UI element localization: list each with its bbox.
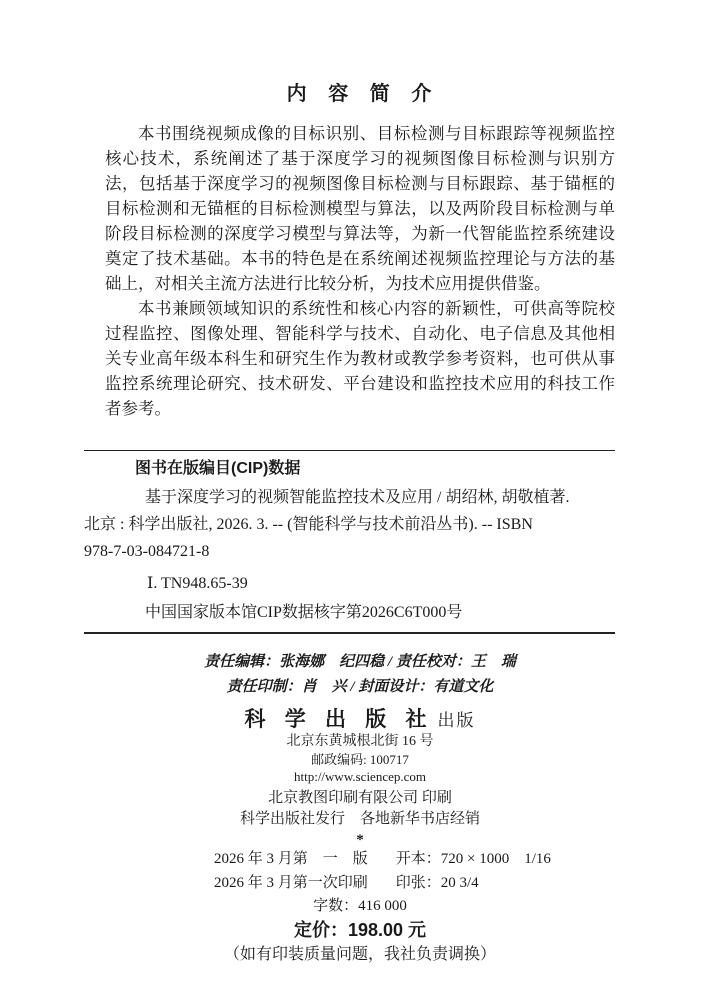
publisher-logo: 科 学 出 版 社 — [245, 707, 434, 731]
publisher-website: http://www.sciencep.com — [105, 768, 615, 785]
cip-classification: Ⅰ. TN948.65-39 — [147, 570, 615, 597]
publisher-postcode: 邮政编码: 100717 — [105, 751, 615, 768]
printing-date: 2026 年 3 月第一次印刷 — [214, 875, 368, 891]
publisher-address: 北京东黄城根北街 16 号 — [105, 733, 615, 751]
cip-heading: 图书在版编目(CIP)数据 — [135, 457, 615, 481]
cip-registry-number: 中国国家版本馆CIP数据核字第2026C6T000号 — [145, 599, 615, 626]
edition-date: 2026 年 3 月第 一 版 — [214, 851, 368, 867]
page-title: 内 容 简 介 — [105, 83, 615, 105]
edition-line-1: 2026 年 3 月第 一 版开本：720 × 1000 1/16 — [214, 847, 615, 871]
quality-notice: （如有印装质量问题，我社负责调换） — [105, 943, 615, 967]
credits-line-print-design: 责任印制：肖 兴 / 封面设计：有道文化 — [105, 675, 615, 700]
cip-block: 图书在版编目(CIP)数据 基于深度学习的视频智能监控技术及应用 / 胡绍林, … — [84, 450, 615, 626]
intro-paragraph-1: 本书围绕视频成像的目标识别、目标检测与目标跟踪等视频监控核心技术，系统阐述了基于… — [105, 121, 615, 296]
divider-rule — [84, 632, 615, 634]
sheet-count: 印张：20 3/4 — [396, 875, 479, 891]
cip-description-line-2: 北京 : 科学出版社, 2026. 3. -- (智能科学与技术前沿丛书). -… — [84, 511, 615, 538]
printer-line: 北京教图印刷有限公司 印刷 — [105, 788, 615, 809]
distribution-line: 科学出版社发行 各地新华书店经销 — [105, 809, 615, 830]
asterisk-separator: * — [105, 833, 615, 847]
edition-line-2: 2026 年 3 月第一次印刷印张：20 3/4 — [214, 871, 615, 895]
cip-description-line-3: 978-7-03-084721-8 — [84, 538, 615, 565]
price: 定价：198.00 元 — [105, 917, 615, 943]
cip-description-line-1: 基于深度学习的视频智能监控技术及应用 / 胡绍林, 胡敬植著. — [84, 484, 615, 511]
colophon-block: 科 学 出 版 社 出版 北京东黄城根北街 16 号 邮政编码: 100717 … — [105, 708, 615, 967]
publisher-line: 科 学 出 版 社 出版 — [105, 708, 615, 733]
intro-section: 本书围绕视频成像的目标识别、目标检测与目标跟踪等视频监控核心技术，系统阐述了基于… — [105, 121, 615, 421]
word-count: 字数：416 000 — [105, 895, 615, 917]
format-spec: 开本：720 × 1000 1/16 — [396, 851, 551, 867]
copyright-page: 内 容 简 介 本书围绕视频成像的目标识别、目标检测与目标跟踪等视频监控核心技术… — [0, 0, 720, 1000]
publisher-logo-suffix: 出版 — [438, 711, 476, 730]
credits-block: 责任编辑：张海娜 纪四稳 / 责任校对：王 瑞 责任印制：肖 兴 / 封面设计：… — [105, 650, 615, 700]
credits-line-editors: 责任编辑：张海娜 纪四稳 / 责任校对：王 瑞 — [105, 650, 615, 675]
intro-paragraph-2: 本书兼顾领域知识的系统性和核心内容的新颖性，可供高等院校过程监控、图像处理、智能… — [105, 296, 615, 421]
